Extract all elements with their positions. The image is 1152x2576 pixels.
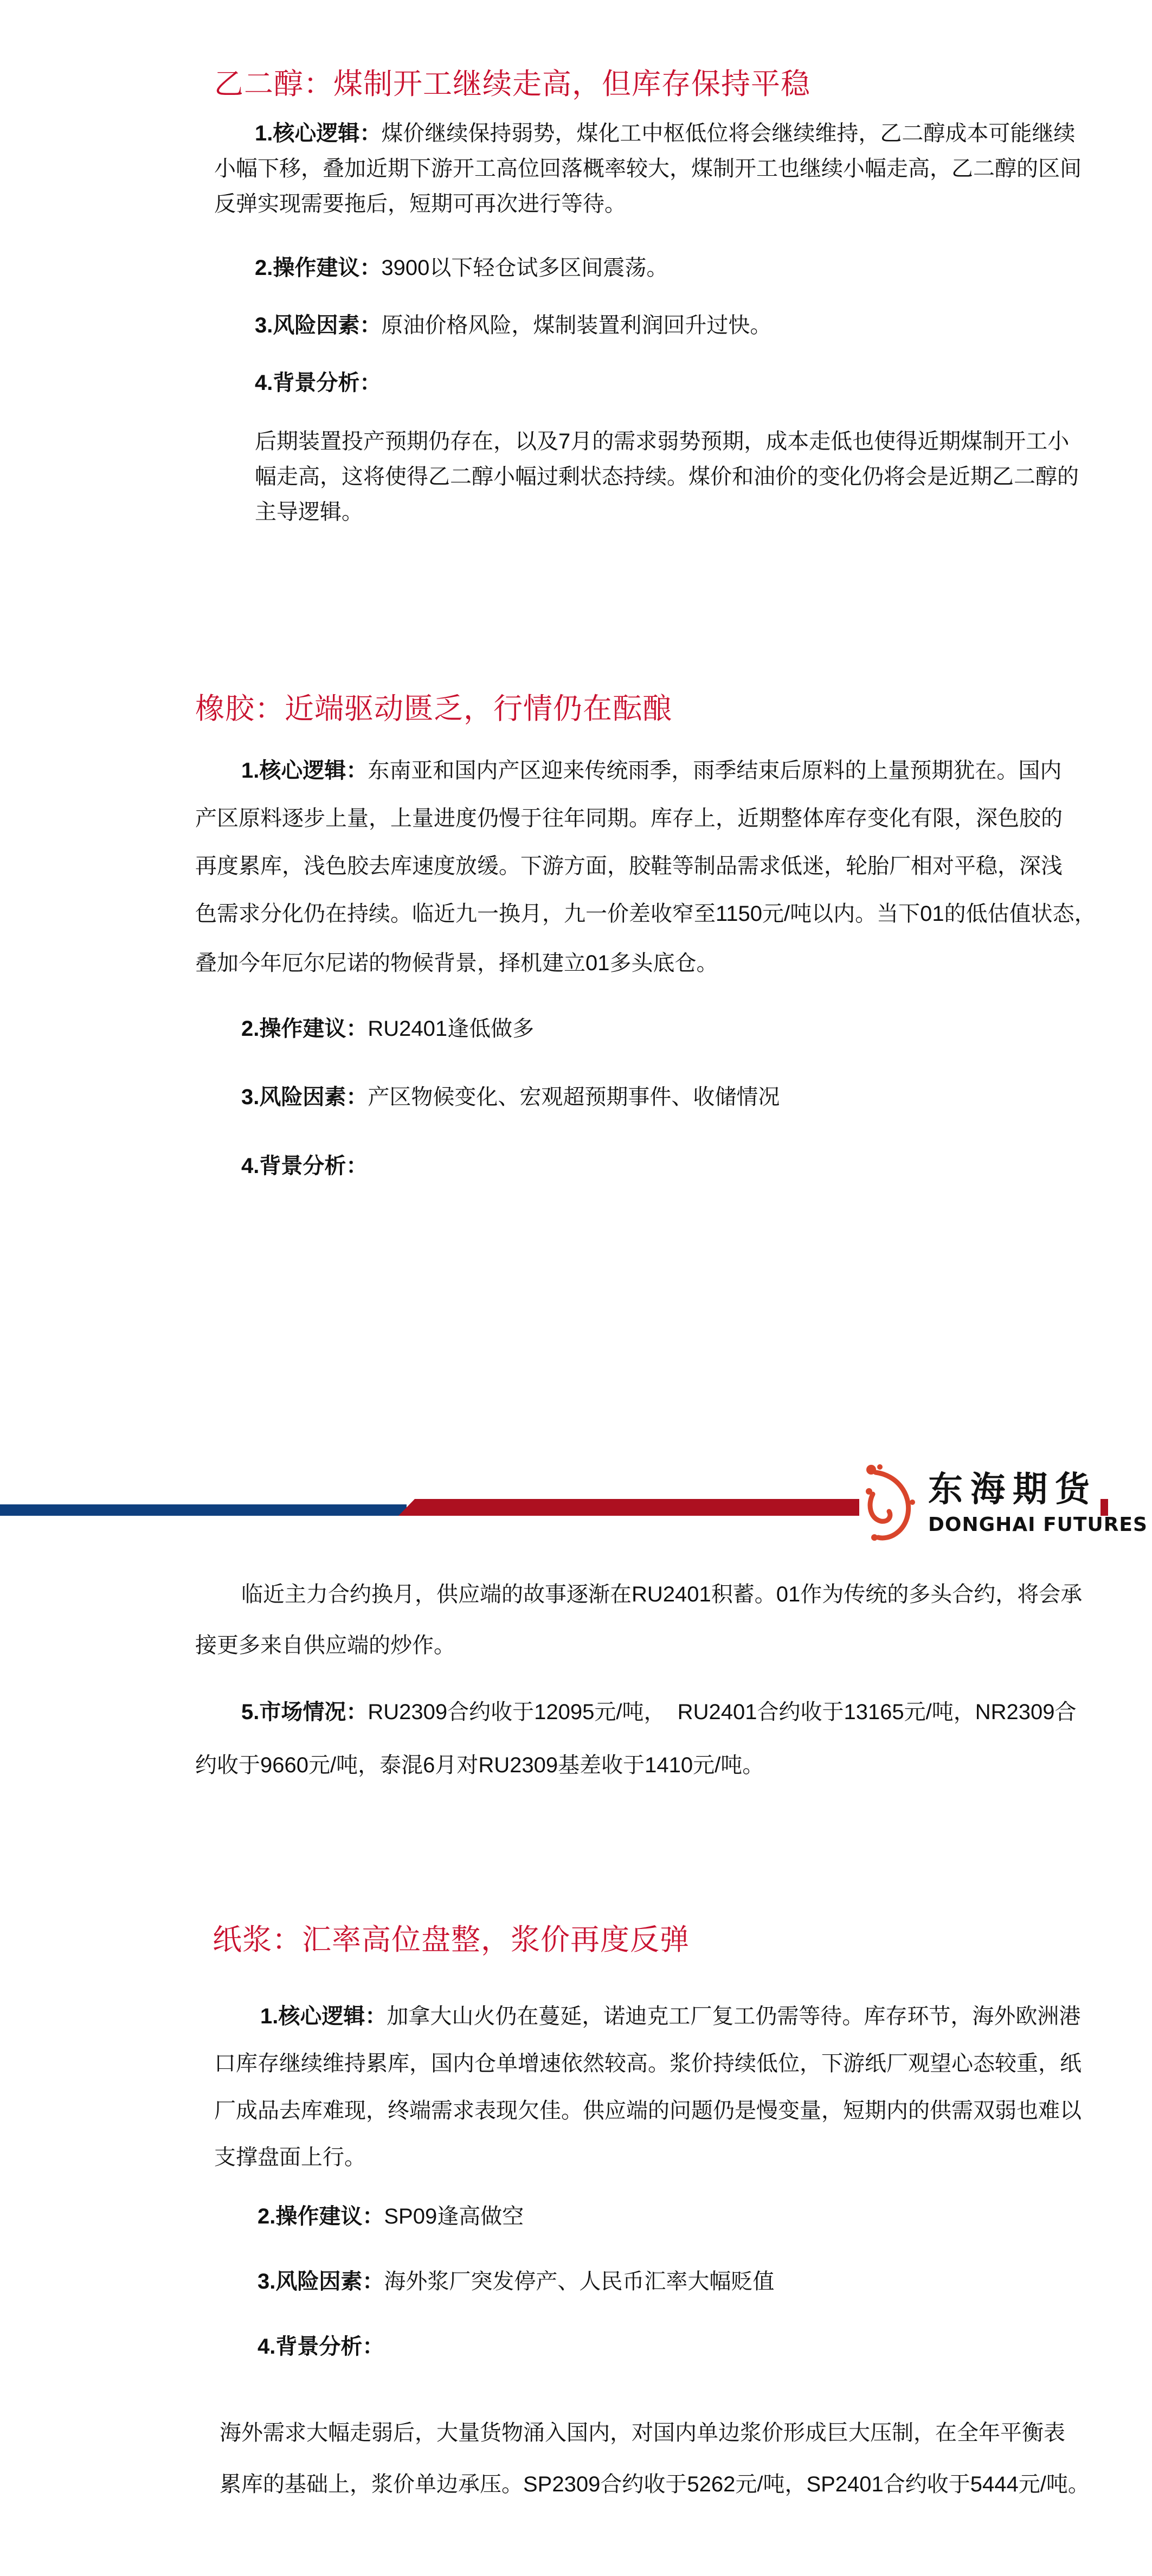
eg-background-label: 4.背景分析： — [255, 370, 381, 396]
pulp-core-logic-line-4: 支撑盘面上行。 — [214, 2144, 366, 2170]
banner-red-tip — [1100, 1499, 1108, 1516]
pulp-background-line-2: 累库的基础上，浆价单边承压。SP2309合约收于5262元/吨，SP2401合约… — [220, 2471, 1090, 2497]
eg-operation: 2.操作建议：3900以下轻仓试多区间震荡。 — [255, 255, 668, 281]
logo-english-name: DONGHAI FUTURES — [928, 1514, 1148, 1536]
pulp-risk: 3.风险因素：海外浆厂突发停产、人民币汇率大幅贬值 — [258, 2269, 774, 2295]
section-title-rubber: 橡胶：近端驱动匮乏，行情仍在酝酿 — [195, 693, 672, 725]
rubber-background-line-2: 接更多来自供应端的炒作。 — [195, 1632, 455, 1658]
rubber-market-line-1: 5.市场情况：RU2309合约收于12095元/吨， RU2401合约收于131… — [241, 1699, 1077, 1725]
banner-red-stripe — [398, 1499, 859, 1516]
rubber-market-line-2: 约收于9660元/吨，泰混6月对RU2309基差收于1410元/吨。 — [195, 1752, 764, 1778]
pulp-background-line-1: 海外需求大幅走弱后，大量货物涌入国内，对国内单边浆价形成巨大压制，在全年平衡表 — [220, 2420, 1065, 2446]
eg-core-logic-line-3: 反弹实现需要拖后，短期可再次进行等待。 — [214, 191, 626, 217]
eg-background-line-2: 幅走高，这将使得乙二醇小幅过剩状态持续。煤价和油价的变化仍将会是近期乙二醇的 — [255, 464, 1079, 490]
eg-core-logic-label: 1.核心逻辑： — [255, 121, 381, 145]
pulp-core-logic-line-3: 厂成品去库难现，终端需求表现欠佳。供应端的问题仍是慢变量，短期内的供需双弱也难以 — [214, 2098, 1082, 2124]
banner-blue-stripe — [0, 1504, 407, 1516]
rubber-background-line-1: 临近主力合约换月，供应端的故事逐渐在RU2401积蓄。01作为传统的多头合约，将… — [241, 1581, 1082, 1607]
eg-risk: 3.风险因素：原油价格风险，煤制装置利润回升过快。 — [255, 312, 771, 338]
eg-core-logic-line-1: 1.核心逻辑：煤价继续保持弱势，煤化工中枢低位将会继续维持，乙二醇成本可能继续 — [255, 120, 1075, 146]
rubber-core-logic-line-4: 色需求分化仍在持续。临近九一换月，九一价差收窄至1150元/吨以内。当下01的低… — [195, 901, 1096, 927]
rubber-core-logic-line-2: 产区原料逐步上量，上量进度仍慢于往年同期。库存上，近期整体库存变化有限，深色胶的 — [195, 805, 1063, 831]
section-title-pulp: 纸浆：汇率高位盘整，浆价再度反弹 — [213, 1924, 690, 1956]
logo-chinese-name: 东海期货 — [928, 1471, 1097, 1509]
rubber-risk: 3.风险因素：产区物候变化、宏观超预期事件、收储情况 — [241, 1084, 780, 1110]
dragon-logo-icon — [859, 1462, 919, 1543]
pulp-operation: 2.操作建议：SP09逢高做空 — [258, 2203, 524, 2229]
pulp-background-label: 4.背景分析： — [258, 2334, 384, 2360]
pulp-core-logic-line-2: 口库存继续维持累库，国内仓单增速依然较高。浆价持续低位，下游纸厂观望心态较重，纸 — [214, 2050, 1082, 2077]
rubber-core-logic-line-1: 1.核心逻辑：东南亚和国内产区迎来传统雨季，雨季结束后原料的上量预期犹在。国内 — [241, 758, 1061, 784]
eg-background-line-3: 主导逻辑。 — [255, 499, 363, 525]
rubber-background-label: 4.背景分析： — [241, 1153, 368, 1179]
rubber-core-logic-line-5: 叠加今年厄尔尼诺的物候背景，择机建立01多头底仓。 — [195, 950, 718, 976]
eg-core-logic-line-2: 小幅下移，叠加近期下游开工高位回落概率较大，煤制开工也继续小幅走高，乙二醇的区间 — [214, 156, 1082, 182]
pulp-core-logic-line-1: 1.核心逻辑：加拿大山火仍在蔓延，诺迪克工厂复工仍需等待。库存环节，海外欧洲港 — [260, 2003, 1080, 2029]
section-title-eg: 乙二醇：煤制开工继续走高，但库存保持平稳 — [214, 68, 810, 100]
rubber-operation: 2.操作建议：RU2401逢低做多 — [241, 1016, 534, 1042]
eg-background-line-1: 后期装置投产预期仍存在，以及7月的需求弱势预期，成本走低也使得近期煤制开工小 — [255, 428, 1069, 454]
rubber-core-logic-line-3: 再度累库，浅色胶去库速度放缓。下游方面，胶鞋等制品需求低迷，轮胎厂相对平稳，深浅 — [195, 853, 1063, 879]
